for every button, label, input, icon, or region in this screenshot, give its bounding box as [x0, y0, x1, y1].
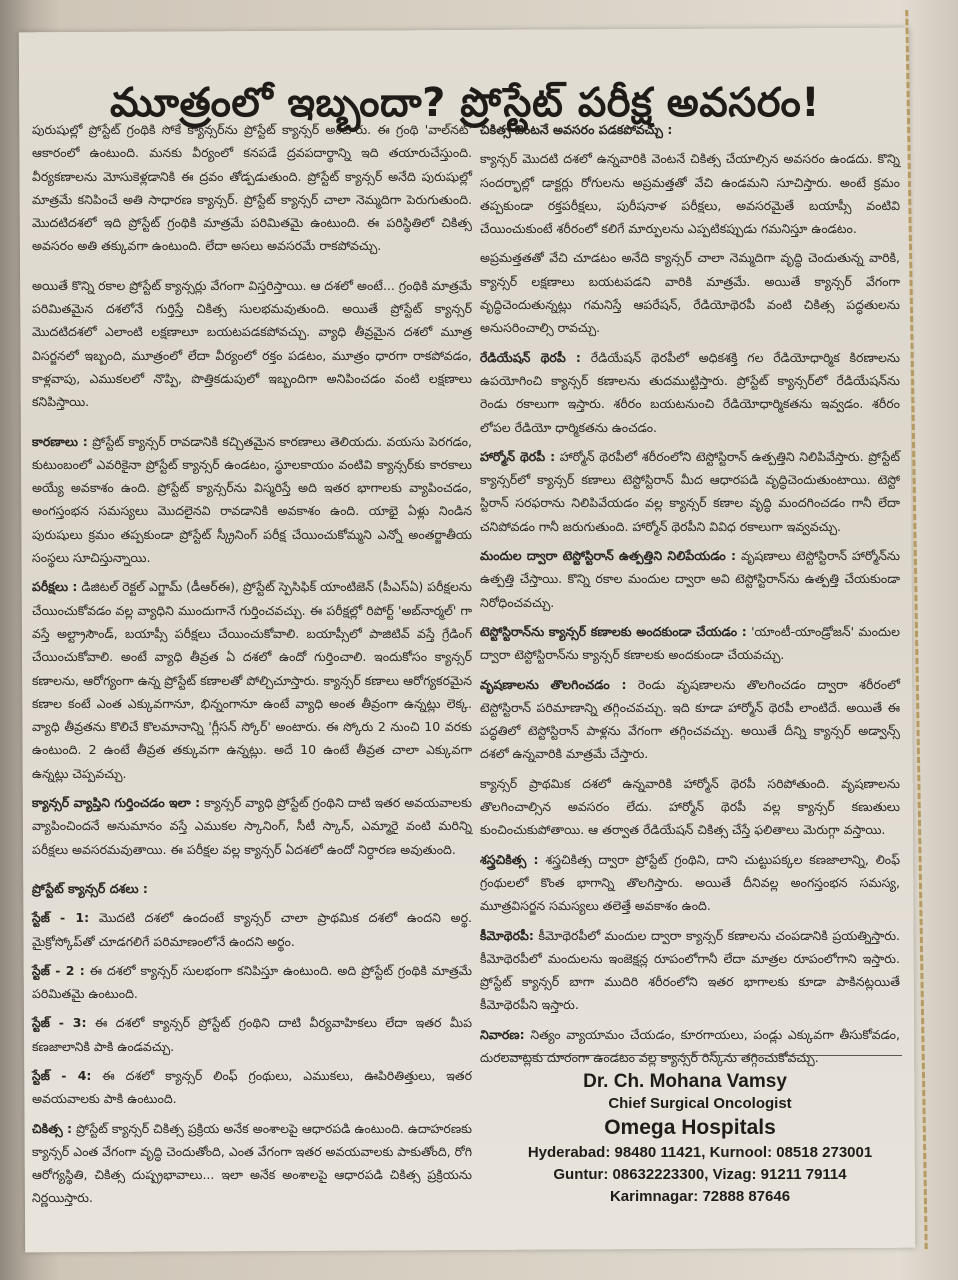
paragraph-text: ఈ దశలో క్యాన్సర్ ప్రోస్టేట్ గ్రంథిని దాట… [32, 1015, 472, 1053]
paragraph-text: అయితే కొన్ని రకాల ప్రోస్టేట్ క్యాన్సర్లు… [32, 278, 472, 409]
paragraph-text: నిత్యం వ్యాయామం చేయడం, కూరగాయలు, పండ్లు … [480, 1027, 900, 1065]
article-paragraph: స్టేజ్ - 3: ఈ దశలో క్యాన్సర్ ప్రోస్టేట్ … [32, 1011, 472, 1058]
article-paragraph: ప్రోస్టేట్ క్యాన్సర్ దశలు : [32, 877, 472, 900]
paragraph-heading: స్టేజ్ - 2 : [32, 963, 85, 978]
article-paragraph: చికిత్స : ప్రోస్టేట్ క్యాన్సర్ చికిత్స ప… [32, 1117, 472, 1210]
doctor-contact-block: Dr. Ch. Mohana Vamsy Chief Surgical Onco… [500, 1070, 900, 1208]
paragraph-heading: రేడియేషన్ థెరపీ : [480, 350, 581, 365]
paragraph-heading: టెస్టోస్టిరాన్‌ను క్యాన్సర్ కణాలకు అందకు… [480, 624, 747, 639]
paragraph-text: క్యాన్సర్ ప్రాథమిక దశలో ఉన్నవారికి హార్మ… [480, 776, 900, 838]
paragraph-heading: ప్రోస్టేట్ క్యాన్సర్ దశలు : [32, 881, 148, 896]
article-paragraph: కారణాలు : ప్రోస్టేట్ క్యాన్సర్ రావడానికి… [32, 430, 472, 570]
article-right-column: చికిత్స వెంటనే అవసరం పడకపోవచ్చు :క్యాన్స… [480, 118, 900, 1075]
article-paragraph: స్టేజ్ - 1: మొదటి దశలో ఉందంటే క్యాన్సర్ … [32, 906, 472, 953]
phone-numbers-line-2: Guntur: 08632223300, Vizag: 91211 79114 [500, 1164, 900, 1186]
article-paragraph: పురుషుల్లో ప్రోస్టేట్ గ్రంథికి సోకే క్యా… [32, 118, 472, 258]
paragraph-heading: నివారణ: [480, 1027, 525, 1042]
article-paragraph: టెస్టోస్టిరాన్‌ను క్యాన్సర్ కణాలకు అందకు… [480, 620, 900, 667]
hospital-name: Omega Hospitals [480, 1114, 900, 1142]
paragraph-heading: పరీక్షలు : [32, 579, 77, 594]
paragraph-heading: కారణాలు : [32, 434, 88, 449]
article-paragraph: పరీక్షలు : డిజిటల్ రెక్టల్ ఎగ్జామ్ (డీఆర… [32, 575, 472, 785]
paragraph-text: ప్రోస్టేట్ క్యాన్సర్ చికిత్స ప్రక్రియ అన… [32, 1121, 472, 1206]
paragraph-heading: చికిత్స వెంటనే అవసరం పడకపోవచ్చు : [480, 122, 672, 137]
paragraph-text: క్యాన్సర్ మొదటి దశలో ఉన్నవారికి వెంటనే చ… [480, 151, 900, 236]
article-paragraph: మందుల ద్వారా టెస్టోస్టిరాన్ ఉత్పత్తిని న… [480, 544, 900, 614]
article-left-column: పురుషుల్లో ప్రోస్టేట్ గ్రంథికి సోకే క్యా… [32, 118, 472, 1216]
paragraph-heading: కీమోథెరపీ: [480, 928, 534, 943]
paragraph-heading: క్యాన్సర్ వ్యాప్తిని గుర్తించడం ఇలా : [32, 795, 200, 810]
paragraph-text: ఈ దశలో క్యాన్సర్ సులభంగా కనిపిస్తూ ఉంటుం… [32, 963, 472, 1001]
article-paragraph: అయితే కొన్ని రకాల ప్రోస్టేట్ క్యాన్సర్లు… [32, 274, 472, 414]
paragraph-heading: వృషణాలను తొలగించడం : [480, 677, 626, 692]
article-paragraph: నివారణ: నిత్యం వ్యాయామం చేయడం, కూరగాయలు,… [480, 1023, 900, 1070]
phone-numbers-line-1: Hyderabad: 98480 11421, Kurnool: 08518 2… [500, 1142, 900, 1164]
paragraph-heading: మందుల ద్వారా టెస్టోస్టిరాన్ ఉత్పత్తిని న… [480, 548, 736, 563]
article-paragraph: క్యాన్సర్ ప్రాథమిక దశలో ఉన్నవారికి హార్మ… [480, 772, 900, 842]
article-paragraph: క్యాన్సర్ వ్యాప్తిని గుర్తించడం ఇలా : క్… [32, 791, 472, 861]
article-paragraph: చికిత్స వెంటనే అవసరం పడకపోవచ్చు : [480, 118, 900, 141]
article-paragraph: రేడియేషన్ థెరపీ : రేడియేషన్ థెరపీలో అధిక… [480, 346, 900, 439]
article-paragraph: వృషణాలను తొలగించడం : రెండు వృషణాలను తొలగ… [480, 673, 900, 766]
article-paragraph: హార్మోన్ థెరపీ : హార్మోన్ థెరపీలో శరీరంల… [480, 445, 900, 538]
paragraph-text: శస్త్రచికిత్స ద్వారా ప్రోస్టేట్ గ్రంథిని… [480, 852, 900, 914]
paragraph-text: కీమోథెరపీలో మందుల ద్వారా క్యాన్సర్ కణాలన… [480, 928, 900, 1013]
phone-numbers-line-3: Karimnagar: 72888 87646 [500, 1186, 900, 1208]
doctor-name: Dr. Ch. Mohana Vamsy [470, 1070, 900, 1094]
paragraph-text: డిజిటల్ రెక్టల్ ఎగ్జామ్ (డీఆర్ఈ), ప్రోస్… [32, 579, 472, 780]
paragraph-text: అప్రమత్తతతో వేచి చూడటం అనేది క్యాన్సర్ చ… [480, 250, 900, 335]
paragraph-text: ఈ దశలో క్యాన్సర్ లింఫ్ గ్రంథులు, ఎముకలు,… [32, 1068, 472, 1106]
article-paragraph: అప్రమత్తతతో వేచి చూడటం అనేది క్యాన్సర్ చ… [480, 246, 900, 339]
paragraph-text: మొదటి దశలో ఉందంటే క్యాన్సర్ చాలా ప్రాథమి… [32, 910, 472, 948]
paragraph-heading: చికిత్స : [32, 1121, 72, 1136]
paragraph-heading: హార్మోన్ థెరపీ : [480, 449, 555, 464]
paragraph-text: పురుషుల్లో ప్రోస్టేట్ గ్రంథికి సోకే క్యా… [32, 122, 472, 253]
paragraph-text: ప్రోస్టేట్ క్యాన్సర్ రావడానికి కచ్చితమైన… [32, 434, 472, 565]
article-paragraph: స్టేజ్ - 2 : ఈ దశలో క్యాన్సర్ సులభంగా కన… [32, 959, 472, 1006]
paragraph-heading: స్టేజ్ - 1: [32, 910, 89, 925]
paragraph-heading: స్టేజ్ - 4: [32, 1068, 91, 1083]
paragraph-heading: స్టేజ్ - 3: [32, 1015, 86, 1030]
paragraph-heading: శస్త్రచికిత్స : [480, 852, 539, 867]
article-paragraph: స్టేజ్ - 4: ఈ దశలో క్యాన్సర్ లింఫ్ గ్రంథ… [32, 1064, 472, 1111]
signature-divider [497, 1055, 902, 1056]
article-paragraph: శస్త్రచికిత్స : శస్త్రచికిత్స ద్వారా ప్ర… [480, 848, 900, 918]
article-paragraph: క్యాన్సర్ మొదటి దశలో ఉన్నవారికి వెంటనే చ… [480, 147, 900, 240]
article-paragraph: కీమోథెరపీ: కీమోథెరపీలో మందుల ద్వారా క్యా… [480, 924, 900, 1017]
doctor-designation: Chief Surgical Oncologist [500, 1094, 900, 1114]
